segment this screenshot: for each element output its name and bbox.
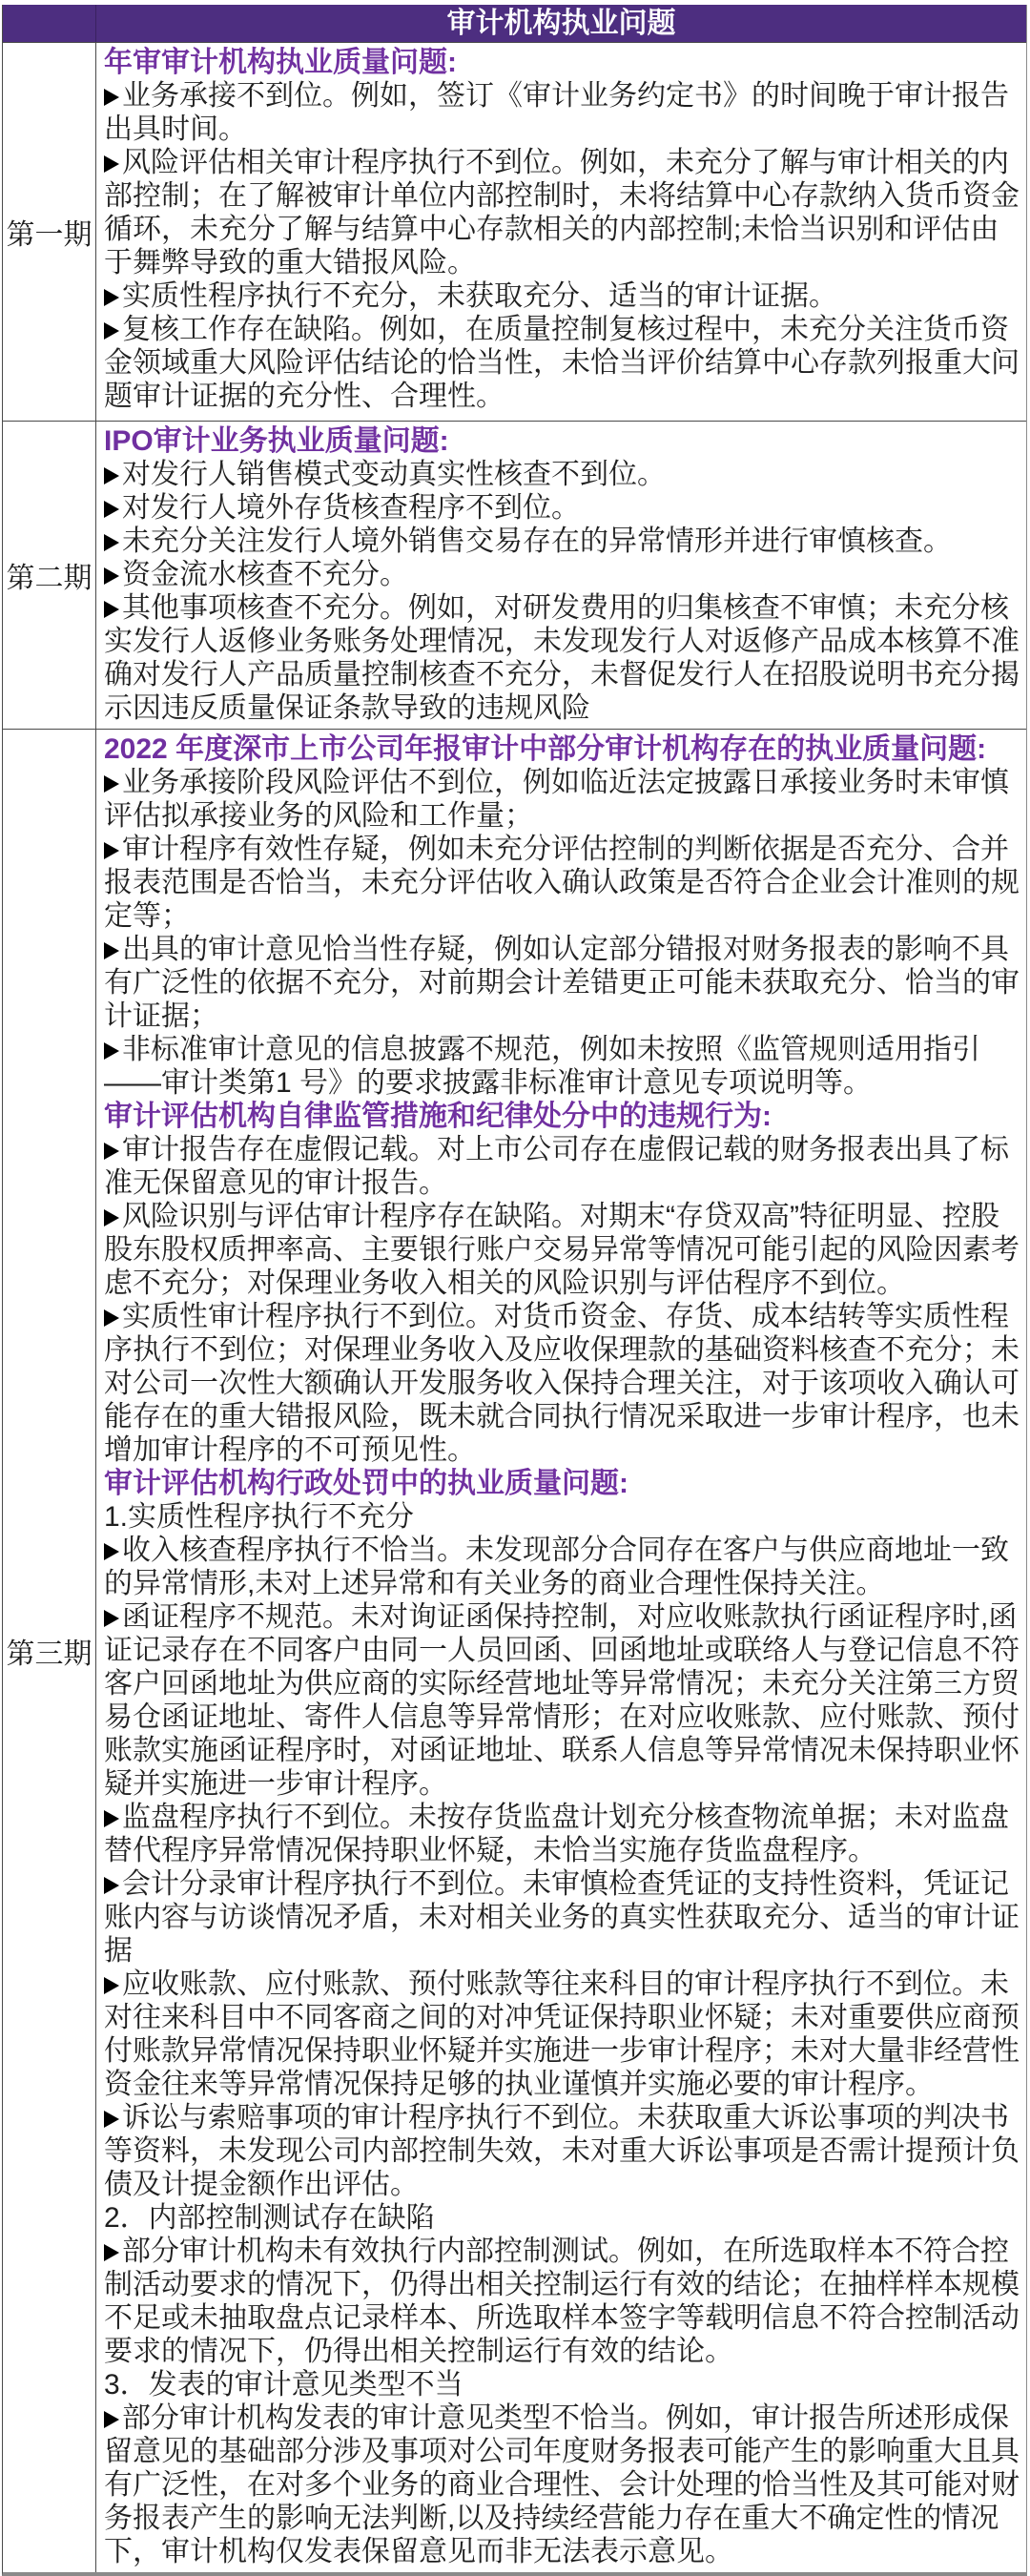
arrowhead-bullet-icon [104, 567, 119, 585]
block-text: 审计评估机构行政处罚中的执业质量问题: [104, 1468, 628, 1499]
bullet-item: 收入核查程序执行不恰当。未发现部分合同存在客户与供应商地址一致的异常情形,未对上… [104, 1534, 1022, 1600]
audit-issues-table: 审计机构执业问题 第一期 年审审计机构执业质量问题:业务承接不到位。例如，签订《… [2, 5, 1027, 2576]
arrowhead-bullet-icon [104, 501, 119, 518]
period-1-label: 第一期 [3, 43, 96, 421]
block-text: 其他事项核查不充分。例如，对研发费用的归集核查不审慎；未充分核实发行人返修业务账… [104, 592, 1020, 724]
table-row-period-1: 第一期 年审审计机构执业质量问题:业务承接不到位。例如，签订《审计业务约定书》的… [3, 43, 1026, 422]
bullet-item: 业务承接阶段风险评估不到位，例如临近法定披露日承接业务时未审慎评估拟承接业务的风… [104, 766, 1022, 833]
arrowhead-bullet-icon [104, 1977, 119, 1994]
block-text: 业务承接阶段风险评估不到位，例如临近法定披露日承接业务时未审慎评估拟承接业务的风… [104, 767, 1009, 832]
bullet-item: 复核工作存在缺陷。例如，在质量控制复核过程中，未充分关注货币资金领域重大风险评估… [104, 313, 1022, 413]
arrowhead-bullet-icon [104, 534, 119, 551]
bullet-item: 审计报告存在虚假记载。对上市公司存在虚假记载的财务报表出具了标准无保留意见的审计… [104, 1133, 1022, 1200]
section-heading: 2022 年度深市上市公司年报审计中部分审计机构存在的执业质量问题: [104, 732, 1022, 766]
block-text: 实质性程序执行不充分，未获取充分、适当的审计证据。 [122, 280, 837, 312]
arrowhead-bullet-icon [104, 2411, 119, 2428]
section-heading: 审计评估机构行政处罚中的执业质量问题: [104, 1467, 1022, 1500]
bullet-item: 对发行人销售模式变动真实性核查不到位。 [104, 458, 1022, 491]
block-text: 年审审计机构执业质量问题: [104, 47, 457, 78]
block-text: 复核工作存在缺陷。例如，在质量控制复核过程中，未充分关注货币资金领域重大风险评估… [104, 314, 1020, 412]
arrowhead-bullet-icon [104, 1042, 119, 1060]
bullet-item: 资金流水核查不充分。 [104, 558, 1022, 591]
block-text: 对发行人境外存货核查程序不到位。 [122, 492, 580, 524]
arrowhead-bullet-icon [104, 89, 119, 106]
period-3-label: 第三期 [3, 730, 96, 2572]
bullet-item: 业务承接不到位。例如，签订《审计业务约定书》的时间晚于审计报告出具时间。 [104, 79, 1022, 146]
period-3-content: 2022 年度深市上市公司年报审计中部分审计机构存在的执业质量问题:业务承接阶段… [96, 730, 1026, 2572]
block-text: 部分审计机构发表的审计意见类型不恰当。例如，审计报告所述形成保留意见的基础部分涉… [104, 2402, 1020, 2567]
block-text: 2022 年度深市上市公司年报审计中部分审计机构存在的执业质量问题: [104, 733, 986, 765]
bullet-item: 函证程序不规范。未对询证函保持控制，对应收账款执行函证程序时,函证记录存在不同客… [104, 1600, 1022, 1801]
bullet-item: 其他事项核查不充分。例如，对研发费用的归集核查不审慎；未充分核实发行人返修业务账… [104, 591, 1022, 725]
section-heading: IPO审计业务执业质量问题: [104, 424, 1022, 458]
block-text: 诉讼与索赔事项的审计程序执行不到位。未获取重大诉讼事项的判决书等资料，未发现公司… [104, 2102, 1020, 2200]
block-text: 审计程序有效性存疑，例如未充分评估控制的判断依据是否充分、合并报表范围是否恰当，… [104, 834, 1020, 932]
block-text: 监盘程序执行不到位。未按存货监盘计划充分核查物流单据；未对监盘替代程序异常情况保… [104, 1802, 1009, 1866]
block-text: 收入核查程序执行不恰当。未发现部分合同存在客户与供应商地址一致的异常情形,未对上… [104, 1535, 1009, 1599]
bullet-item: 未充分关注发行人境外销售交易存在的异常情形并进行审慎核查。 [104, 525, 1022, 558]
block-text: 资金流水核查不充分。 [122, 559, 408, 590]
bullet-item: 诉讼与索赔事项的审计程序执行不到位。未获取重大诉讼事项的判决书等资料，未发现公司… [104, 2101, 1022, 2201]
bullet-item: 实质性审计程序执行不到位。对货币资金、存货、成本结转等实质性程序执行不到位；对保… [104, 1300, 1022, 1467]
block-text: 审计评估机构自律监管措施和纪律处分中的违规行为: [104, 1101, 772, 1132]
block-text: 对发行人销售模式变动真实性核查不到位。 [122, 459, 666, 490]
bullet-item: 应收账款、应付账款、预付账款等往来科目的审计程序执行不到位。未对往来科目中不同客… [104, 1968, 1022, 2101]
arrowhead-bullet-icon [104, 775, 119, 793]
bullet-item: 实质性程序执行不充分，未获取充分、适当的审计证据。 [104, 279, 1022, 313]
table-row-period-3: 第三期 2022 年度深市上市公司年报审计中部分审计机构存在的执业质量问题:业务… [3, 730, 1026, 2572]
table-row-period-2: 第二期 IPO审计业务执业质量问题:对发行人销售模式变动真实性核查不到位。对发行… [3, 422, 1026, 730]
block-text: 风险识别与评估审计程序存在缺陷。对期末“存贷双高”特征明显、控股股东股权质押率高… [104, 1201, 1020, 1299]
bullet-item: 风险评估相关审计程序执行不到位。例如，未充分了解与审计相关的内部控制；在了解被审… [104, 146, 1022, 279]
arrowhead-bullet-icon [104, 1143, 119, 1160]
arrowhead-bullet-icon [104, 942, 119, 959]
period-2-content: IPO审计业务执业质量问题:对发行人销售模式变动真实性核查不到位。对发行人境外存… [96, 422, 1026, 729]
bullet-item: 出具的审计意见恰当性存疑，例如认定部分错报对财务报表的影响不具有广泛性的依据不充… [104, 933, 1022, 1033]
arrowhead-bullet-icon [104, 2111, 119, 2128]
period-1-content: 年审审计机构执业质量问题:业务承接不到位。例如，签订《审计业务约定书》的时间晚于… [96, 43, 1026, 421]
bullet-item: 对发行人境外存货核查程序不到位。 [104, 491, 1022, 525]
numbered-item: 3．发表的审计意见类型不当 [104, 2368, 1022, 2401]
block-text: 实质性审计程序执行不到位。对货币资金、存货、成本结转等实质性程序执行不到位；对保… [104, 1301, 1020, 1466]
block-text: 1.实质性程序执行不充分 [104, 1501, 414, 1533]
block-text: 出具的审计意见恰当性存疑，例如认定部分错报对财务报表的影响不具有广泛性的依据不充… [104, 934, 1020, 1032]
arrowhead-bullet-icon [104, 467, 119, 484]
arrowhead-bullet-icon [104, 1543, 119, 1560]
bullet-item: 部分审计机构发表的审计意见类型不恰当。例如，审计报告所述形成保留意见的基础部分涉… [104, 2401, 1022, 2568]
period-2-label: 第二期 [3, 422, 96, 729]
table-header-row: 审计机构执业问题 [3, 5, 1026, 43]
numbered-item: 1.实质性程序执行不充分 [104, 1500, 1022, 1534]
block-text: 应收账款、应付账款、预付账款等往来科目的审计程序执行不到位。未对往来科目中不同客… [104, 1968, 1020, 2100]
bullet-item: 监盘程序执行不到位。未按存货监盘计划充分核查物流单据；未对监盘替代程序异常情况保… [104, 1801, 1022, 1867]
header-corner-cell [3, 5, 96, 42]
arrowhead-bullet-icon [104, 842, 119, 859]
bullet-item: 非标准审计意见的信息披露不规范，例如未按照《监管规则适用指引——审计类第1 号》… [104, 1033, 1022, 1100]
arrowhead-bullet-icon [104, 155, 119, 173]
bullet-item: 审计程序有效性存疑，例如未充分评估控制的判断依据是否充分、合并报表范围是否恰当，… [104, 833, 1022, 933]
block-text: 函证程序不规范。未对询证函保持控制，对应收账款执行函证程序时,函证记录存在不同客… [104, 1601, 1020, 1800]
section-heading: 审计评估机构自律监管措施和纪律处分中的违规行为: [104, 1100, 1022, 1133]
block-text: 部分审计机构未有效执行内部控制测试。例如，在所选取样本不符合控制活动要求的情况下… [104, 2236, 1020, 2367]
arrowhead-bullet-icon [104, 1209, 119, 1226]
section-heading: 年审审计机构执业质量问题: [104, 46, 1022, 79]
table-title: 审计机构执业问题 [447, 7, 676, 40]
block-text: 3．发表的审计意见类型不当 [104, 2369, 463, 2401]
arrowhead-bullet-icon [104, 1610, 119, 1627]
numbered-item: 2．内部控制测试存在缺陷 [104, 2201, 1022, 2235]
bullet-item: 会计分录审计程序执行不到位。未审慎检查凭证的支持性资料，凭证记账内容与访谈情况矛… [104, 1867, 1022, 1968]
arrowhead-bullet-icon [104, 289, 119, 306]
block-text: 会计分录审计程序执行不到位。未审慎检查凭证的支持性资料，凭证记账内容与访谈情况矛… [104, 1868, 1020, 1967]
bullet-item: 风险识别与评估审计程序存在缺陷。对期末“存贷双高”特征明显、控股股东股权质押率高… [104, 1200, 1022, 1300]
block-text: 2．内部控制测试存在缺陷 [104, 2202, 435, 2234]
page: 审计机构执业问题 第一期 年审审计机构执业质量问题:业务承接不到位。例如，签订《… [0, 0, 1030, 2576]
block-text: 未充分关注发行人境外销售交易存在的异常情形并进行审慎核查。 [122, 526, 952, 557]
block-text: 审计报告存在虚假记载。对上市公司存在虚假记载的财务报表出具了标准无保留意见的审计… [104, 1134, 1009, 1199]
block-text: 非标准审计意见的信息披露不规范，例如未按照《监管规则适用指引——审计类第1 号》… [104, 1034, 980, 1099]
arrowhead-bullet-icon [104, 322, 119, 340]
arrowhead-bullet-icon [104, 1309, 119, 1327]
bullet-item: 部分审计机构未有效执行内部控制测试。例如，在所选取样本不符合控制活动要求的情况下… [104, 2235, 1022, 2368]
arrowhead-bullet-icon [104, 601, 119, 618]
arrowhead-bullet-icon [104, 2244, 119, 2261]
arrowhead-bullet-icon [104, 1810, 119, 1827]
block-text: 业务承接不到位。例如，签订《审计业务约定书》的时间晚于审计报告出具时间。 [104, 80, 1009, 145]
block-text: IPO审计业务执业质量问题: [104, 425, 449, 457]
block-text: 风险评估相关审计程序执行不到位。例如，未充分了解与审计相关的内部控制；在了解被审… [104, 147, 1020, 278]
header-title-cell: 审计机构执业问题 [96, 5, 1026, 42]
arrowhead-bullet-icon [104, 1877, 119, 1894]
